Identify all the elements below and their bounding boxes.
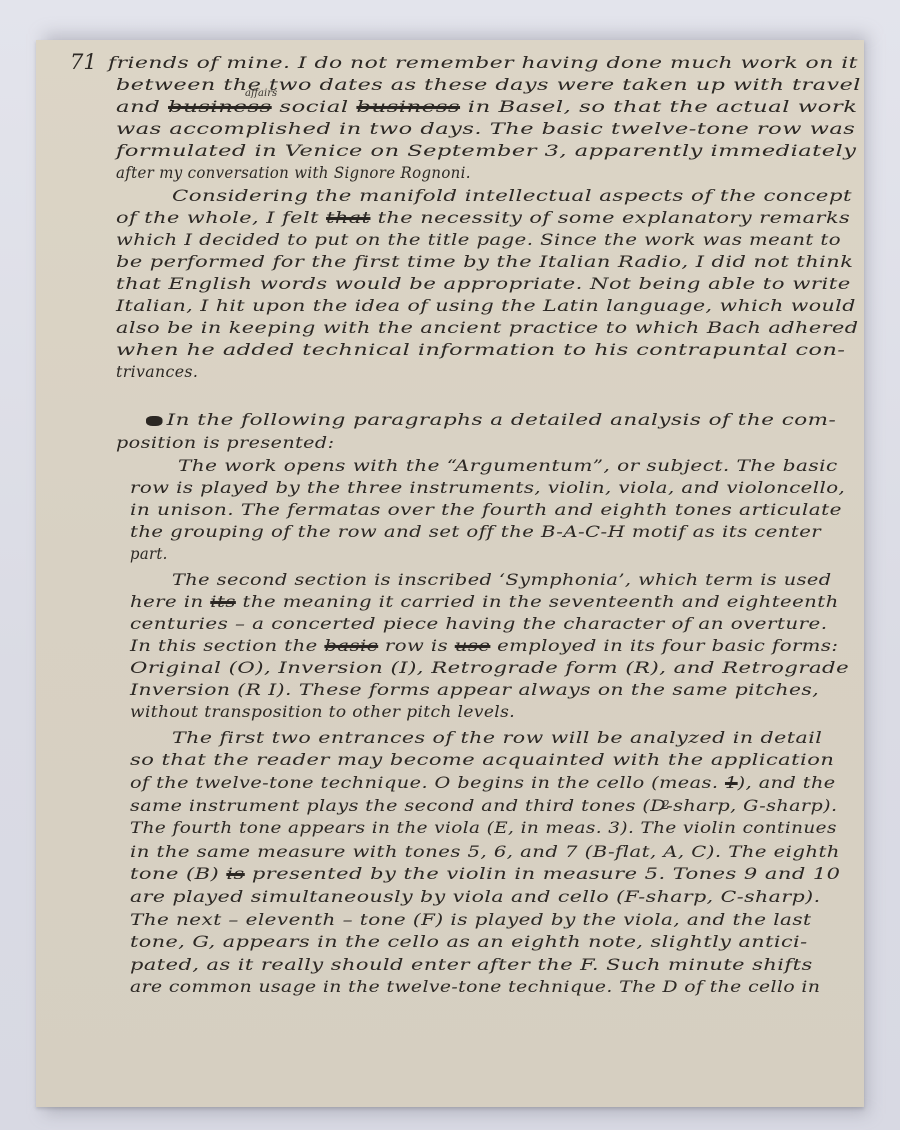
struck-word: use [455, 637, 491, 655]
line-text: and [116, 98, 168, 116]
manuscript-line: of the whole, I felt that the necessity … [116, 208, 850, 228]
manuscript-line: The fourth tone appears in the viola (E,… [130, 818, 837, 838]
line-text: Original (O), Inversion (I), Retrograde … [130, 659, 849, 677]
line-text: when he added technical information to h… [116, 341, 845, 359]
line-text: formulated in Venice on September 3, app… [116, 142, 856, 160]
manuscript-line: same instrument plays the second and thi… [130, 796, 837, 816]
line-text: the meaning it carried in the seventeent… [236, 593, 839, 611]
line-text: The work opens with the “Argumentum”, or… [178, 457, 838, 475]
line-text: Italian, I hit upon the idea of using th… [116, 297, 856, 315]
line-text: part. [130, 545, 168, 563]
line-text: so that the reader may become acquainted… [130, 751, 834, 769]
manuscript-line: without transposition to other pitch lev… [130, 702, 515, 722]
line-text: same instrument plays the second and thi… [130, 797, 837, 815]
line-text: was accomplished in two days. The basic … [116, 120, 855, 138]
manuscript-line: so that the reader may become acquainted… [130, 750, 834, 770]
manuscript-line: in the same measure with tones 5, 6, and… [130, 842, 840, 862]
line-text: In the following paragraphs a detailed a… [167, 411, 837, 429]
manuscript-line: Inversion (R I). These forms appear alwa… [130, 680, 819, 700]
line-text: The first two entrances of the row will … [172, 729, 822, 747]
line-text: The fourth tone appears in the viola (E,… [130, 819, 837, 837]
line-text: employed in its four basic forms: [490, 637, 838, 655]
line-text: tone (B) [130, 865, 226, 883]
manuscript-line: here in its the meaning it carried in th… [130, 592, 839, 612]
line-text: position is presented: [116, 434, 334, 452]
ink-blot-icon [146, 416, 163, 426]
struck-word: 1 [725, 774, 738, 792]
manuscript-line: part. [130, 544, 168, 564]
manuscript-line: which I decided to put on the title page… [116, 230, 841, 250]
manuscript-line: between the two dates as these days were… [116, 75, 861, 95]
manuscript-line: tone (B) is presented by the violin in m… [130, 864, 840, 884]
line-text: row is [378, 637, 455, 655]
line-text: Inversion (R I). These forms appear alwa… [130, 681, 819, 699]
manuscript-line: when he added technical information to h… [116, 340, 845, 360]
insertion-measure: 2 [662, 798, 670, 812]
manuscript-line: In this section the basic row is use emp… [130, 636, 838, 656]
line-text: in unison. The fermatas over the fourth … [130, 501, 842, 519]
line-text: the grouping of the row and set off the … [130, 523, 821, 541]
manuscript-line: friends of mine. I do not remember havin… [108, 53, 858, 73]
manuscript-line: The work opens with the “Argumentum”, or… [178, 456, 838, 476]
manuscript-line: of the twelve-tone technique. O begins i… [130, 773, 836, 793]
manuscript-line: and business social business in Basel, s… [116, 97, 858, 117]
line-text: be performed for the first time by the I… [116, 253, 853, 271]
line-text: ), and the [738, 774, 836, 792]
line-text: pated, as it really should enter after t… [130, 956, 813, 974]
line-text: between the two dates as these days were… [116, 76, 861, 94]
line-text: of the whole, I felt [116, 209, 326, 227]
manuscript-line: trivances. [116, 362, 198, 382]
struck-word: is [226, 865, 244, 883]
line-text: which I decided to put on the title page… [116, 231, 841, 249]
manuscript-line: In the following paragraphs a detailed a… [146, 410, 836, 430]
line-text: trivances. [116, 363, 198, 381]
manuscript-line: Considering the manifold intellectual as… [172, 186, 852, 206]
line-text: here in [130, 593, 210, 611]
line-text: tone, G, appears in the cello as an eigh… [130, 933, 808, 951]
struck-word: business [356, 98, 460, 116]
line-text: Considering the manifold intellectual as… [172, 187, 852, 205]
line-text: after my conversation with Signore Rogno… [116, 164, 471, 182]
struck-word: basic [324, 637, 378, 655]
manuscript-line: are common usage in the twelve-tone tech… [130, 977, 820, 997]
line-text: social [272, 98, 357, 116]
insertion-affairs: affairs [245, 88, 277, 99]
line-text: in the same measure with tones 5, 6, and… [130, 843, 840, 861]
manuscript-line: row is played by the three instruments, … [130, 478, 845, 498]
line-text: friends of mine. I do not remember havin… [108, 54, 858, 72]
line-text: the necessity of some explanatory remark… [370, 209, 850, 227]
line-text: are played simultaneously by viola and c… [130, 888, 821, 906]
manuscript-line: the grouping of the row and set off the … [130, 522, 821, 542]
manuscript-line: in unison. The fermatas over the fourth … [130, 500, 842, 520]
manuscript-line: formulated in Venice on September 3, app… [116, 141, 856, 161]
manuscript-line: also be in keeping with the ancient prac… [116, 318, 859, 338]
line-text: In this section the [130, 637, 324, 655]
manuscript-line: The second section is inscribed ‘Symphon… [172, 570, 832, 590]
line-text: in Basel, so that the actual work [460, 98, 857, 116]
struck-word: that [326, 209, 370, 227]
manuscript-line: tone, G, appears in the cello as an eigh… [130, 932, 808, 952]
line-text: also be in keeping with the ancient prac… [116, 319, 859, 337]
struck-word: its [210, 593, 236, 611]
manuscript-line: centuries – a concerted piece having the… [130, 614, 828, 634]
line-text: The next – eleventh – tone (F) is played… [130, 911, 811, 929]
manuscript-line: are played simultaneously by viola and c… [130, 887, 821, 907]
manuscript-line: The first two entrances of the row will … [172, 728, 822, 748]
manuscript-line: Original (O), Inversion (I), Retrograde … [130, 658, 849, 678]
manuscript-line: position is presented: [116, 433, 334, 453]
manuscript-line: after my conversation with Signore Rogno… [116, 163, 471, 183]
line-text: without transposition to other pitch lev… [130, 703, 515, 721]
manuscript-line: that English words would be appropriate.… [116, 274, 851, 294]
line-text: row is played by the three instruments, … [130, 479, 845, 497]
line-text: The second section is inscribed ‘Symphon… [172, 571, 832, 589]
line-text: that English words would be appropriate.… [116, 275, 851, 293]
manuscript-line: was accomplished in two days. The basic … [116, 119, 855, 139]
line-text: of the twelve-tone technique. O begins i… [130, 774, 725, 792]
manuscript-line: be performed for the first time by the I… [116, 252, 853, 272]
manuscript-line: pated, as it really should enter after t… [130, 955, 813, 975]
line-text: centuries – a concerted piece having the… [130, 615, 828, 633]
line-text: are common usage in the twelve-tone tech… [130, 978, 820, 996]
struck-word: business [168, 98, 272, 116]
manuscript-line: The next – eleventh – tone (F) is played… [130, 910, 811, 930]
line-text: presented by the violin in measure 5. To… [245, 865, 841, 883]
page-number: 71 [70, 50, 97, 74]
manuscript-line: Italian, I hit upon the idea of using th… [116, 296, 856, 316]
